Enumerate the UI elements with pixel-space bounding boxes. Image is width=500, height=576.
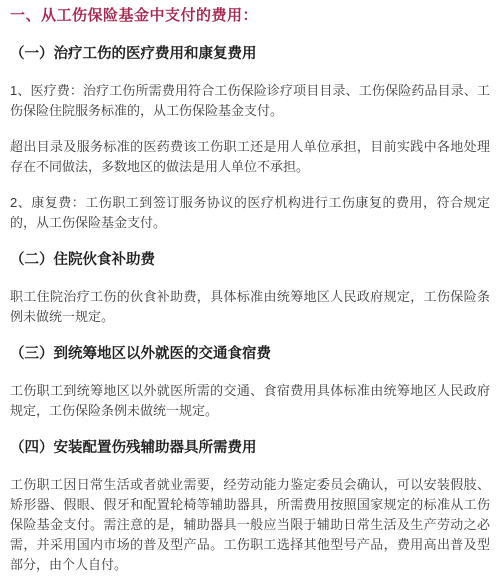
paragraph-meal-subsidy: 职工住院治疗工伤的伙食补助费，具体标准由统筹地区人民政府规定，工伤保险条例未做统… [10,287,490,327]
document-title: 一、从工伤保险基金中支付的费用： [10,5,490,27]
section-heading-2: （二）住院伙食补助费 [10,249,490,271]
paragraph-beyond-catalog: 超出目录及服务标准的医药费该工伤职工还是用人单位承担，目前实践中各地处理存在不同… [10,137,490,177]
paragraph-rehab-fee: 2、康复费：工伤职工到签订服务协议的医疗机构进行工伤康复的费用，符合规定的，从工… [10,193,490,233]
section-heading-3: （三）到统筹地区以外就医的交通食宿费 [10,343,490,365]
article: 一、从工伤保险基金中支付的费用： （一）治疗工伤的医疗费用和康复费用 1、医疗费… [0,0,500,576]
paragraph-medical-fee: 1、医疗费：治疗工伤所需费用符合工伤保险诊疗项目目录、工伤保险药品目录、工伤保险… [10,81,490,121]
paragraph-assistive-devices: 工伤职工因日常生活或者就业需要，经劳动能力鉴定委员会确认，可以安装假肢、矫形器、… [10,475,490,575]
paragraph-travel-lodging: 工伤职工到统筹地区以外就医所需的交通、食宿费用具体标准由统筹地区人民政府规定，工… [10,381,490,421]
section-heading-1: （一）治疗工伤的医疗费用和康复费用 [10,43,490,65]
section-heading-4: （四）安装配置伤残辅助器具所需费用 [10,437,490,459]
